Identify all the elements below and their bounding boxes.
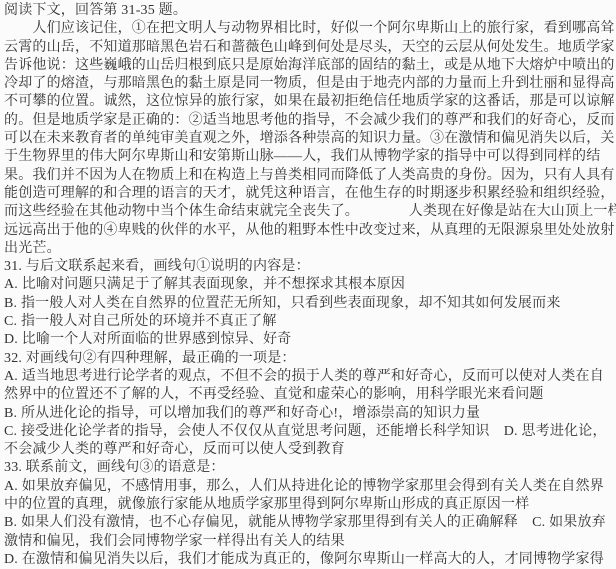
question-32-option-d-cont: 不会减少人类的尊严和好奇心，反而可以使人受到教育 <box>4 441 616 459</box>
passage-line-8: 于生物界里的伟大阿尔卑斯山和安第斯山脉——人，我们从博物学家的指导中可以得到同样… <box>4 148 616 166</box>
passage-line-12: 远远高出于他的④卑贱的伙伴的水平，从他的粗野本性中改变过来，从真理的无限源泉里处… <box>4 222 616 240</box>
question-33-option-a-cont: 中的位置的真理，就像旅行家能从地质学家那里得到阿尔卑斯山形成的真正原因一样 <box>4 496 616 514</box>
question-31-stem: 31. 与后文联系起来看，画线句①说明的内容是： <box>4 258 616 276</box>
question-32-option-b: B. 所从进化论的指导，可以增加我们的尊严和好奇心!，增添崇高的知识力量 <box>4 405 616 423</box>
passage-line-2: 云霄的山岳，不知道那暗黑色岩石和蔷薇色山峰到何处是尽头，天空的云层从何处发生。地… <box>4 39 616 57</box>
question-33: 33. 联系前文，画线句③的语意是： A. 如果放弃偏见，不感情用事，那么，人们… <box>4 459 616 569</box>
question-33-stem: 33. 联系前文，画线句③的语意是： <box>4 459 616 477</box>
question-31-option-b: B. 指一般人对人类在自然界的位置茫无所知，只看到些表面现象，却不知其如何发展而… <box>4 295 616 313</box>
passage-line-10: 能创造可理解的和合理的语言的天才，就凭这种语言，在他生存的时期逐步积累经验和组织… <box>4 185 616 203</box>
question-32-stem: 32. 对画线句②有四种理解，最正确的一项是： <box>4 350 616 368</box>
question-33-option-d: D. 在激情和偏见消失以后，我们才能成为真正的，像阿尔卑斯山一样高大的人，才同博… <box>4 551 616 569</box>
passage-line-11: 而这些经验在其他动物中当个体生命结束就完全丧失了。 人类现在好像是站在大山顶上一… <box>4 203 616 221</box>
passage-line-9: 果。我们并不因为人在物质上和在构造上与兽类相同而降低了人类高贵的身份。因为，只有… <box>4 167 616 185</box>
question-31-option-c: C. 指一般人对自己所处的环境并不真正了解 <box>4 313 616 331</box>
test-paper-page: 阅读下文，回答第 31-35 题。 人们应该记住，①在把文明人与动物界相比时，好… <box>0 0 616 569</box>
question-33-option-a: A. 如果放弃偏见，不感情用事，那么，人们从持进化论的博物学家那里会得到有关人类… <box>4 478 616 496</box>
question-32-option-c-d: C. 接受进化论学者的指导，会使人不仅仅从直觉思考问题，还能增长科学知识 D. … <box>4 423 616 441</box>
passage-line-4: 冷却了的熔渣，与那暗黑色的黏土原是同一物质，但是由于地壳内部的力量而上升到壮丽和… <box>4 75 616 93</box>
passage-line-1: 人们应该记住，①在把文明人与动物界相比时，好似一个阿尔卑斯山上的旅行家，看到哪高… <box>4 20 616 38</box>
passage-line-6: 的。但是地质学家是正确的：②适当地思考他的指导，不会减少我们的尊严和我们的好奇心… <box>4 112 616 130</box>
question-32-option-a-cont: 然界中的位置还不了解的人，不再受经验、直觉和虚荣心的影响，用科学眼光来看问题 <box>4 386 616 404</box>
question-31-option-d: D. 比喻一个人对所面临的世界感到惊异、好奇 <box>4 331 616 349</box>
question-32-option-a: A. 适当地思考进行论学者的观点，不但不会的损于人类的尊严和好奇心，反而可以使对… <box>4 368 616 386</box>
question-33-option-c-cont: 激情和偏见，我们会同博物学家一样得出有关人的结果 <box>4 533 616 551</box>
instruction-line: 阅读下文，回答第 31-35 题。 <box>4 2 616 20</box>
question-31-option-a: A. 比喻对问题只满足于了解其表面现象，并不想探求其根本原因 <box>4 276 616 294</box>
passage-line-7: 可以在未来教育者的单纯审美直观之外，增添各种崇高的知识力量。③在激情和偏见消失以… <box>4 130 616 148</box>
question-33-option-b-c: B. 如果人们没有激情，也不心存偏见，就能从博物学家那里得到有关人的正确解释 C… <box>4 514 616 532</box>
passage-line-3: 告诉他说：这些巍峨的山岳归根到底只是原始海洋底部的固结的黏土，或是从地下大熔炉中… <box>4 57 616 75</box>
question-32: 32. 对画线句②有四种理解，最正确的一项是： A. 适当地思考进行论学者的观点… <box>4 350 616 460</box>
question-31: 31. 与后文联系起来看，画线句①说明的内容是： A. 比喻对问题只满足于了解其… <box>4 258 616 349</box>
passage: 人们应该记住，①在把文明人与动物界相比时，好似一个阿尔卑斯山上的旅行家，看到哪高… <box>4 20 616 258</box>
passage-line-13: 出光芒。 <box>4 240 616 258</box>
passage-line-5: 不可攀的位置。诚然，这位惊异的旅行家，如果在最初拒绝信任地质学家的这番话，那是可… <box>4 93 616 111</box>
